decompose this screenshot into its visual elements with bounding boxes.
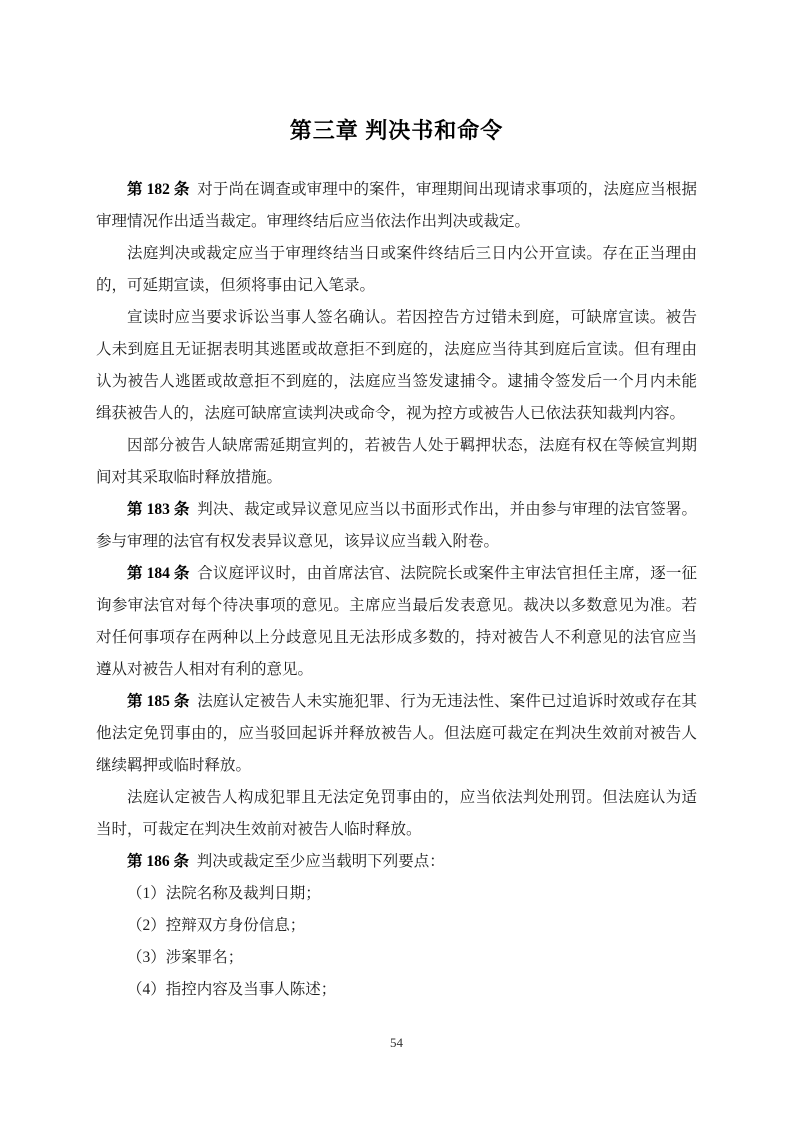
article-number-184: 第 184 条	[127, 565, 189, 582]
article-number-183: 第 183 条	[127, 501, 189, 518]
paragraph: 因部分被告人缺席需延期宣判的，若被告人处于羁押状态，法庭有权在等候宣判期间对其采…	[96, 430, 697, 494]
list-item-3: （3）涉案罪名；	[96, 942, 697, 974]
chapter-title: 第三章 判决书和命令	[0, 117, 793, 145]
paragraph-text: 判决或裁定至少应当载明下列要点：	[197, 853, 445, 870]
list-item-1: （1）法院名称及裁判日期；	[96, 878, 697, 910]
paragraph-text: 法庭判决或裁定应当于审理终结当日或案件终结后三日内公开宣读。存在正当理由的，可延…	[96, 245, 697, 294]
article-number-185: 第 185 条	[127, 693, 189, 710]
paragraph-article-186: 第 186 条判决或裁定至少应当载明下列要点：	[96, 846, 697, 878]
paragraph-article-183: 第 183 条判决、裁定或异议意见应当以书面形式作出，并由参与审理的法官签署。参…	[96, 494, 697, 558]
paragraph-text: 法庭认定被告人构成犯罪且无法定免罚事由的，应当依法判处刑罚。但法庭认为适当时，可…	[96, 789, 697, 838]
article-number-182: 第 182 条	[127, 181, 189, 198]
paragraph-text: 因部分被告人缺席需延期宣判的，若被告人处于羁押状态，法庭有权在等候宣判期间对其采…	[96, 437, 697, 486]
document-body: 第 182 条对于尚在调查或审理中的案件，审理期间出现请求事项的，法庭应当根据审…	[96, 174, 697, 1006]
list-item-4: （4）指控内容及当事人陈述；	[96, 974, 697, 1006]
paragraph: 宣读时应当要求诉讼当事人签名确认。若因控告方过错未到庭，可缺席宣读。被告人未到庭…	[96, 302, 697, 430]
article-number-186: 第 186 条	[127, 853, 189, 870]
document-page: 第三章 判决书和命令 第 182 条对于尚在调查或审理中的案件，审理期间出现请求…	[0, 0, 793, 1122]
paragraph-article-182: 第 182 条对于尚在调查或审理中的案件，审理期间出现请求事项的，法庭应当根据审…	[96, 174, 697, 238]
list-item-2: （2）控辩双方身份信息；	[96, 910, 697, 942]
paragraph-text: 宣读时应当要求诉讼当事人签名确认。若因控告方过错未到庭，可缺席宣读。被告人未到庭…	[96, 309, 697, 422]
paragraph-article-184: 第 184 条合议庭评议时，由首席法官、法院院长或案件主审法官担任主席，逐一征询…	[96, 558, 697, 686]
page-number: 54	[0, 1035, 793, 1051]
paragraph: 法庭认定被告人构成犯罪且无法定免罚事由的，应当依法判处刑罚。但法庭认为适当时，可…	[96, 782, 697, 846]
paragraph-article-185: 第 185 条法庭认定被告人未实施犯罪、行为无违法性、案件已过追诉时效或存在其他…	[96, 686, 697, 782]
paragraph: 法庭判决或裁定应当于审理终结当日或案件终结后三日内公开宣读。存在正当理由的，可延…	[96, 238, 697, 302]
